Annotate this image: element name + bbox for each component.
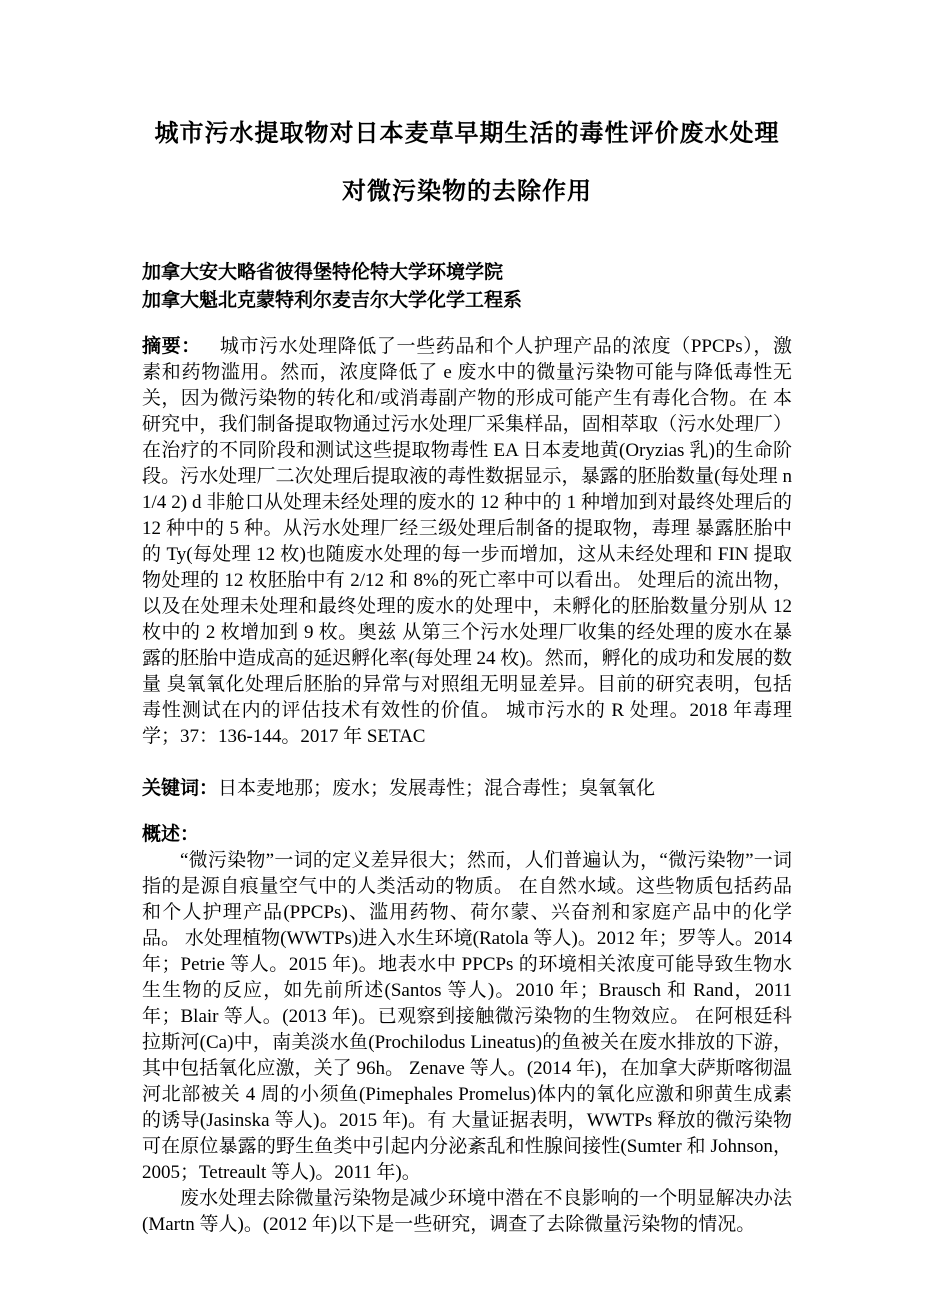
keywords-label: 关键词：	[142, 778, 218, 799]
keywords-text: 日本麦地那；废水；发展毒性；混合毒性；臭氧氧化	[218, 778, 655, 799]
affiliation-line-1: 加拿大安大略省彼得堡特伦特大学环境学院	[142, 259, 792, 287]
overview-paragraph-1: “微污染物”一词的定义差异很大；然而，人们普遍认为，“微污染物”一词指的是源自痕…	[142, 848, 792, 1186]
abstract-paragraph: 摘要：城市污水处理降低了一些药品和个人护理产品的浓度（PPCPs），激素和药物滥…	[142, 334, 792, 750]
paper-title-line-2: 对微污染物的去除作用	[142, 163, 792, 221]
paper-title: 城市污水提取物对日本麦草早期生活的毒性评价废水处理 对微污染物的去除作用	[142, 105, 792, 221]
document-page: 城市污水提取物对日本麦草早期生活的毒性评价废水处理 对微污染物的去除作用 加拿大…	[0, 0, 926, 1309]
affiliations: 加拿大安大略省彼得堡特伦特大学环境学院 加拿大魁北克蒙特利尔麦吉尔大学化学工程系	[142, 259, 792, 315]
abstract-label: 摘要：	[142, 336, 201, 357]
abstract-text: 城市污水处理降低了一些药品和个人护理产品的浓度（PPCPs），激素和药物滥用。然…	[142, 336, 792, 747]
affiliation-line-2: 加拿大魁北克蒙特利尔麦吉尔大学化学工程系	[142, 287, 792, 315]
overview-heading: 概述：	[142, 822, 792, 848]
keywords-line: 关键词：日本麦地那；废水；发展毒性；混合毒性；臭氧氧化	[142, 776, 792, 802]
overview-paragraph-2: 废水处理去除微量污染物是减少环境中潜在不良影响的一个明显解决办法(Martn 等…	[142, 1186, 792, 1238]
paper-title-line-1: 城市污水提取物对日本麦草早期生活的毒性评价废水处理	[142, 105, 792, 163]
